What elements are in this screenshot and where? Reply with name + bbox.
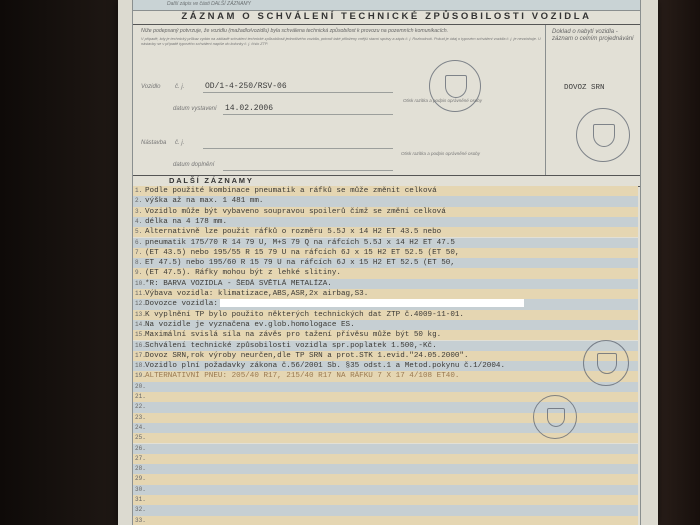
table-row: 30. <box>133 485 638 495</box>
section-title: DALŠÍ ZÁZNAMY <box>169 176 254 186</box>
row-text: Výbava vozidla: klimatizace,ABS,ASR,2x a… <box>144 290 368 298</box>
official-stamp-icon <box>583 340 629 386</box>
document-frame: Další zápis ve části DALŠÍ ZÁZNAMY ZÁZNA… <box>132 0 641 525</box>
row-text <box>144 506 145 514</box>
document-title: ZÁZNAM O SCHVÁLENÍ TECHNICKÉ ZPŮSOBILOST… <box>133 10 640 25</box>
row-text: K vyplnění TP bylo použito některých tec… <box>144 311 464 319</box>
vozidlo-cj-value: OD/1-4-250/RSV-06 <box>205 82 287 91</box>
records-list: 1.Podle použité kombinace pneumatik a rá… <box>133 186 640 525</box>
row-text <box>144 445 145 453</box>
nastavba-label: Nástavba <box>141 140 166 146</box>
row-text <box>144 403 145 411</box>
table-row: 6.pneumatik 175/70 R 14 79 U, M+S 79 Q n… <box>133 238 638 248</box>
row-text: výška až na max. 1 481 mm. <box>144 197 263 205</box>
table-row: 28. <box>133 464 638 474</box>
table-row: 29. <box>133 474 638 484</box>
table-row: 17.Dovoz SRN,rok výroby neurčen,dle TP S… <box>133 351 638 361</box>
row-number: 16. <box>133 341 144 351</box>
row-number: 33. <box>133 516 144 525</box>
table-row: 15.Maximální svislá síla na závěs pro ta… <box>133 330 638 340</box>
dark-background-right <box>655 0 700 525</box>
row-number: 22. <box>133 402 144 412</box>
row-text <box>144 465 145 473</box>
table-row: 8.ET 47.5) nebo 195/60 R 15 79 U na ráfc… <box>133 258 638 268</box>
row-number: 25. <box>133 433 144 443</box>
redaction-block <box>220 299 524 307</box>
table-row: 7.(ET 43.5) nebo 195/55 R 15 79 U na ráf… <box>133 248 638 258</box>
row-text: *R: BARVA VOZIDLA - ŠEDÁ SVĚTLÁ METALÍZA… <box>144 280 332 288</box>
datum-vystaveni-value: 14.02.2006 <box>225 104 273 113</box>
row-number: 31. <box>133 495 144 505</box>
row-text: Maximální svislá síla na závěs pro tažen… <box>144 331 441 339</box>
vehicle-document-page: Další zápis ve části DALŠÍ ZÁZNAMY ZÁZNA… <box>118 0 658 525</box>
table-row: 18.Vozidlo plní požadavky zákona č.56/20… <box>133 361 638 371</box>
small-note: V případě, kdy je technický průkaz vydán… <box>141 37 541 47</box>
row-number: 29. <box>133 474 144 484</box>
row-text: pneumatik 175/70 R 14 79 U, M+S 79 Q na … <box>144 239 455 247</box>
table-row: 10.*R: BARVA VOZIDLA - ŠEDÁ SVĚTLÁ METAL… <box>133 279 638 289</box>
row-text <box>144 496 145 504</box>
row-number: 10. <box>133 279 144 289</box>
row-number: 23. <box>133 413 144 423</box>
import-origin-value: DOVOZ SRN <box>564 84 605 92</box>
table-row: 5.Alternativně lze použít ráfků o rozměr… <box>133 227 638 237</box>
row-number: 19. <box>133 371 144 381</box>
row-number: 12. <box>133 299 144 309</box>
row-number: 13. <box>133 310 144 320</box>
table-row: 31. <box>133 495 638 505</box>
row-text: Alternativně lze použít ráfků o rozměru … <box>144 228 441 236</box>
row-text <box>144 486 145 494</box>
field-line <box>223 114 393 115</box>
intro-note: Níže podepsaný potvrzuje, že vozidlu (ma… <box>141 28 541 34</box>
row-text: ET 47.5) nebo 195/60 R 15 79 U na ráfcíc… <box>144 259 455 267</box>
field-line <box>203 92 393 93</box>
row-number: 21. <box>133 392 144 402</box>
row-text <box>144 434 145 442</box>
table-row: 26. <box>133 444 638 454</box>
row-number: 4. <box>133 217 144 227</box>
table-row: 4.délka na 4 178 mm. <box>133 217 638 227</box>
table-row: 19.ALTERNATIVNÍ PNEU: 205/40 R17, 215/40… <box>133 371 638 381</box>
cj-label: č. j. <box>175 140 184 146</box>
table-row: 27. <box>133 454 638 464</box>
import-section: Doklad o nabytí vozidla - záznam o celní… <box>546 25 640 175</box>
row-text <box>144 414 145 422</box>
row-text: Schválení technické způsobilosti vozidla… <box>144 342 437 350</box>
row-text: Vozidlo plní požadavky zákona č.56/2001 … <box>144 362 505 370</box>
table-row: 32. <box>133 505 638 515</box>
official-stamp-icon <box>533 395 577 439</box>
row-number: 18. <box>133 361 144 371</box>
row-number: 1. <box>133 186 144 196</box>
row-text: Na vozidle je vyznačena ev.glob.homologa… <box>144 321 355 329</box>
table-row: 13.K vyplnění TP bylo použito některých … <box>133 310 638 320</box>
table-row: 33. <box>133 516 638 525</box>
row-number: 2. <box>133 196 144 206</box>
row-number: 30. <box>133 485 144 495</box>
row-number: 3. <box>133 207 144 217</box>
row-number: 8. <box>133 258 144 268</box>
row-text <box>144 424 145 432</box>
table-row: 16.Schválení technické způsobilosti vozi… <box>133 341 638 351</box>
row-text <box>144 383 145 391</box>
top-note: Další zápis ve části DALŠÍ ZÁZNAMY <box>167 1 251 7</box>
row-text <box>144 455 145 463</box>
row-text: ALTERNATIVNÍ PNEU: 205/40 R17, 215/40 R1… <box>144 372 459 380</box>
approval-section: Níže podepsaný potvrzuje, že vozidlu (ma… <box>133 25 546 175</box>
table-row: 3.Vozidlo může být vybaveno soupravou sp… <box>133 207 638 217</box>
customs-stamp-icon <box>576 108 630 162</box>
row-text: délka na 4 178 mm. <box>144 218 227 226</box>
datum-vystaveni-label: datum vystavení <box>173 106 217 112</box>
row-text <box>144 475 145 483</box>
dark-background-left <box>0 0 120 525</box>
row-text: Vozidlo může být vybaveno soupravou spoi… <box>144 208 446 216</box>
row-number: 24. <box>133 423 144 433</box>
row-number: 11. <box>133 289 144 299</box>
stamp-caption: Otisk razítka a podpis oprávněné osoby <box>401 151 480 156</box>
table-row: 2.výška až na max. 1 481 mm. <box>133 196 638 206</box>
row-number: 14. <box>133 320 144 330</box>
row-number: 5. <box>133 227 144 237</box>
row-text <box>144 393 145 401</box>
row-number: 26. <box>133 444 144 454</box>
table-row: 14.Na vozidle je vyznačena ev.glob.homol… <box>133 320 638 330</box>
table-row: 20. <box>133 382 638 392</box>
side-title: Doklad o nabytí vozidla - záznam o celní… <box>552 29 637 43</box>
official-stamp-icon <box>429 60 481 112</box>
table-row: 1.Podle použité kombinace pneumatik a rá… <box>133 186 638 196</box>
row-number: 27. <box>133 454 144 464</box>
stamp-caption: Otisk razítka a podpis oprávněné osoby <box>403 98 482 103</box>
row-number: 7. <box>133 248 144 258</box>
table-row: 12.Dovozce vozidla: <box>133 299 638 309</box>
row-number: 20. <box>133 382 144 392</box>
row-text: (ET 47.5). Ráfky mohou být z lehké sliti… <box>144 269 341 277</box>
row-number: 6. <box>133 238 144 248</box>
row-text <box>144 517 145 525</box>
table-row: 9.(ET 47.5). Ráfky mohou být z lehké sli… <box>133 268 638 278</box>
field-line <box>203 148 393 149</box>
row-text: Dovoz SRN,rok výroby neurčen,dle TP SRN … <box>144 352 469 360</box>
vozidlo-label: Vozidlo <box>141 84 160 90</box>
row-text: Podle použité kombinace pneumatik a ráfk… <box>144 187 437 195</box>
cj-label: č. j. <box>175 84 184 90</box>
row-number: 17. <box>133 351 144 361</box>
row-text: Dovozce vozidla: <box>144 300 218 308</box>
field-line <box>223 170 393 171</box>
row-number: 9. <box>133 268 144 278</box>
row-number: 15. <box>133 330 144 340</box>
row-number: 32. <box>133 505 144 515</box>
table-row: 11.Výbava vozidla: klimatizace,ABS,ASR,2… <box>133 289 638 299</box>
row-text: (ET 43.5) nebo 195/55 R 15 79 U na ráfcí… <box>144 249 459 257</box>
datum-doplneni-label: datum doplnění <box>173 162 214 168</box>
row-number: 28. <box>133 464 144 474</box>
